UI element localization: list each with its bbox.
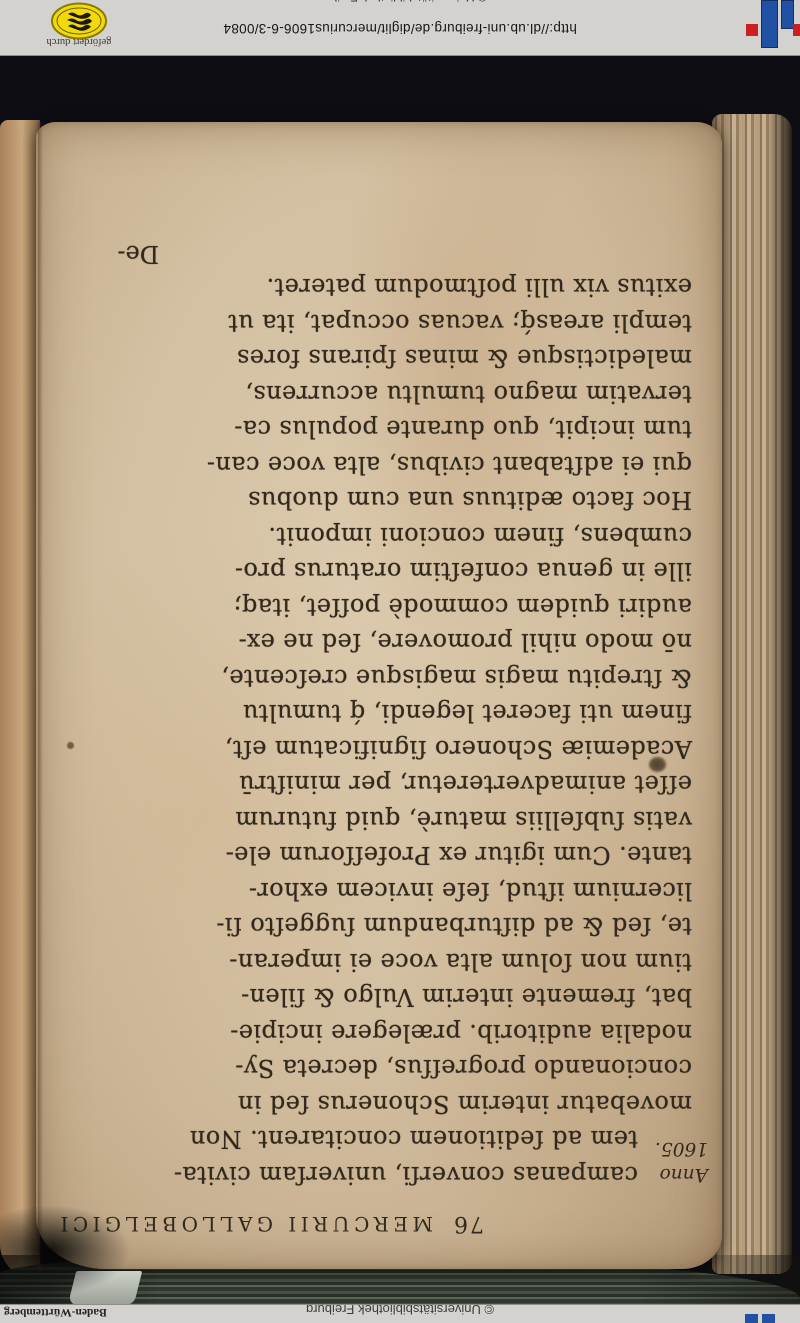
book-page: 76 MERCURII GALLOBELGICI Anno 1605. camp…: [36, 122, 722, 1269]
adjacent-page-sliver: [0, 120, 40, 1278]
body-line: & ſtrepitu magis magisque creſcente,: [86, 660, 692, 696]
body-text-block: campanas converſi, univerſam civita- tem…: [86, 269, 692, 1192]
body-line: tante. Cum igitur ex Profeſſorum ele-: [86, 837, 692, 873]
body-line: Hoc facto ædituus una cum duobus: [86, 482, 692, 518]
body-line: Academiæ Schonero ſignificatum eſt,: [86, 731, 692, 767]
body-line: bat, fremente interim Vulgo & ſilen-: [86, 979, 692, 1015]
bottom-copyright-text: © Universitätsbibliothek Freiburg: [0, 1304, 800, 1317]
logo-red-square-left: [746, 24, 758, 36]
funding-label: gefördert durch: [28, 36, 130, 47]
baden-wuerttemberg-seal-icon: [50, 2, 108, 40]
book-fore-edge-pages: [712, 114, 792, 1274]
body-line: licernium iſtud, ſeſe invicem exhor-: [86, 873, 692, 909]
body-line: qui ei adſtabant civibus, alta voce can-: [86, 447, 692, 483]
body-line: tium non ſolum alta voce ei imperan-: [86, 944, 692, 980]
page-content-rotated: 76 MERCURII GALLOBELGICI Anno 1605. camp…: [36, 122, 722, 1269]
body-line: concionando progreſſus, decreta Sy-: [86, 1050, 692, 1086]
footer-logo-square-icon: [745, 1314, 758, 1323]
body-line: templi areasq́; vacuas occupat, ita ut: [86, 305, 692, 341]
footer-logo-square-icon: [762, 1314, 775, 1323]
body-line: vatis ſubſelliis maturè, quid futurum: [86, 802, 692, 838]
gutter-shadow: [0, 1205, 130, 1295]
document-url-text: http://dl.ub.uni-freiburg.de/diglit/merc…: [0, 21, 800, 36]
body-line: te, ſed & ad diſturbandum ſuggeſto ſi-: [86, 908, 692, 944]
body-line: tervatim magno tumultu accurrens,: [86, 376, 692, 412]
body-line: finem uti faceret legendi, q́ tumultu: [86, 695, 692, 731]
catchword: De-: [117, 240, 159, 268]
body-line: maledictisque & minas ſpirans fores: [86, 340, 692, 376]
body-line: cumbens, finem concioni imponit.: [86, 518, 692, 554]
body-line: eſſet animadverteretur, per miniſtrū: [86, 766, 692, 802]
paper-speck: [67, 742, 74, 749]
page-number: 76: [452, 1211, 484, 1236]
body-line: tem ad ſeditionem concitarent. Non: [86, 1121, 692, 1157]
bottom-caption-bar: Baden-Württemberg © Universitätsbiblioth…: [0, 1304, 800, 1323]
body-line: tum incipit, quo durante populus ca-: [86, 411, 692, 447]
logo-blue-bar-tall: [761, 0, 778, 48]
logo-red-square-right: [793, 24, 800, 36]
body-line: audiri quidem commodè poſſet, itaq;: [86, 589, 692, 625]
ink-blot: [649, 757, 666, 772]
body-line: nō modo nihil promovere, ſed ne ex-: [86, 624, 692, 660]
top-copyright-text: © Universitätsbibliothek Freiburg: [0, 0, 800, 4]
book-scan-photo: 76 MERCURII GALLOBELGICI Anno 1605. camp…: [0, 56, 800, 1305]
body-line: movebatur interim Schonerus ſed in: [86, 1086, 692, 1122]
body-line: campanas converſi, univerſam civita-: [86, 1157, 692, 1193]
top-caption-bar: © Universitätsbibliothek Freiburg http:/…: [0, 0, 800, 56]
body-line: exitus vix ulli poſtmodum pateret.: [86, 269, 692, 305]
body-line: nodalia auditorib. prælegere incipie-: [86, 1015, 692, 1051]
body-line: ille in genua confeſtim oraturus pro-: [86, 553, 692, 589]
